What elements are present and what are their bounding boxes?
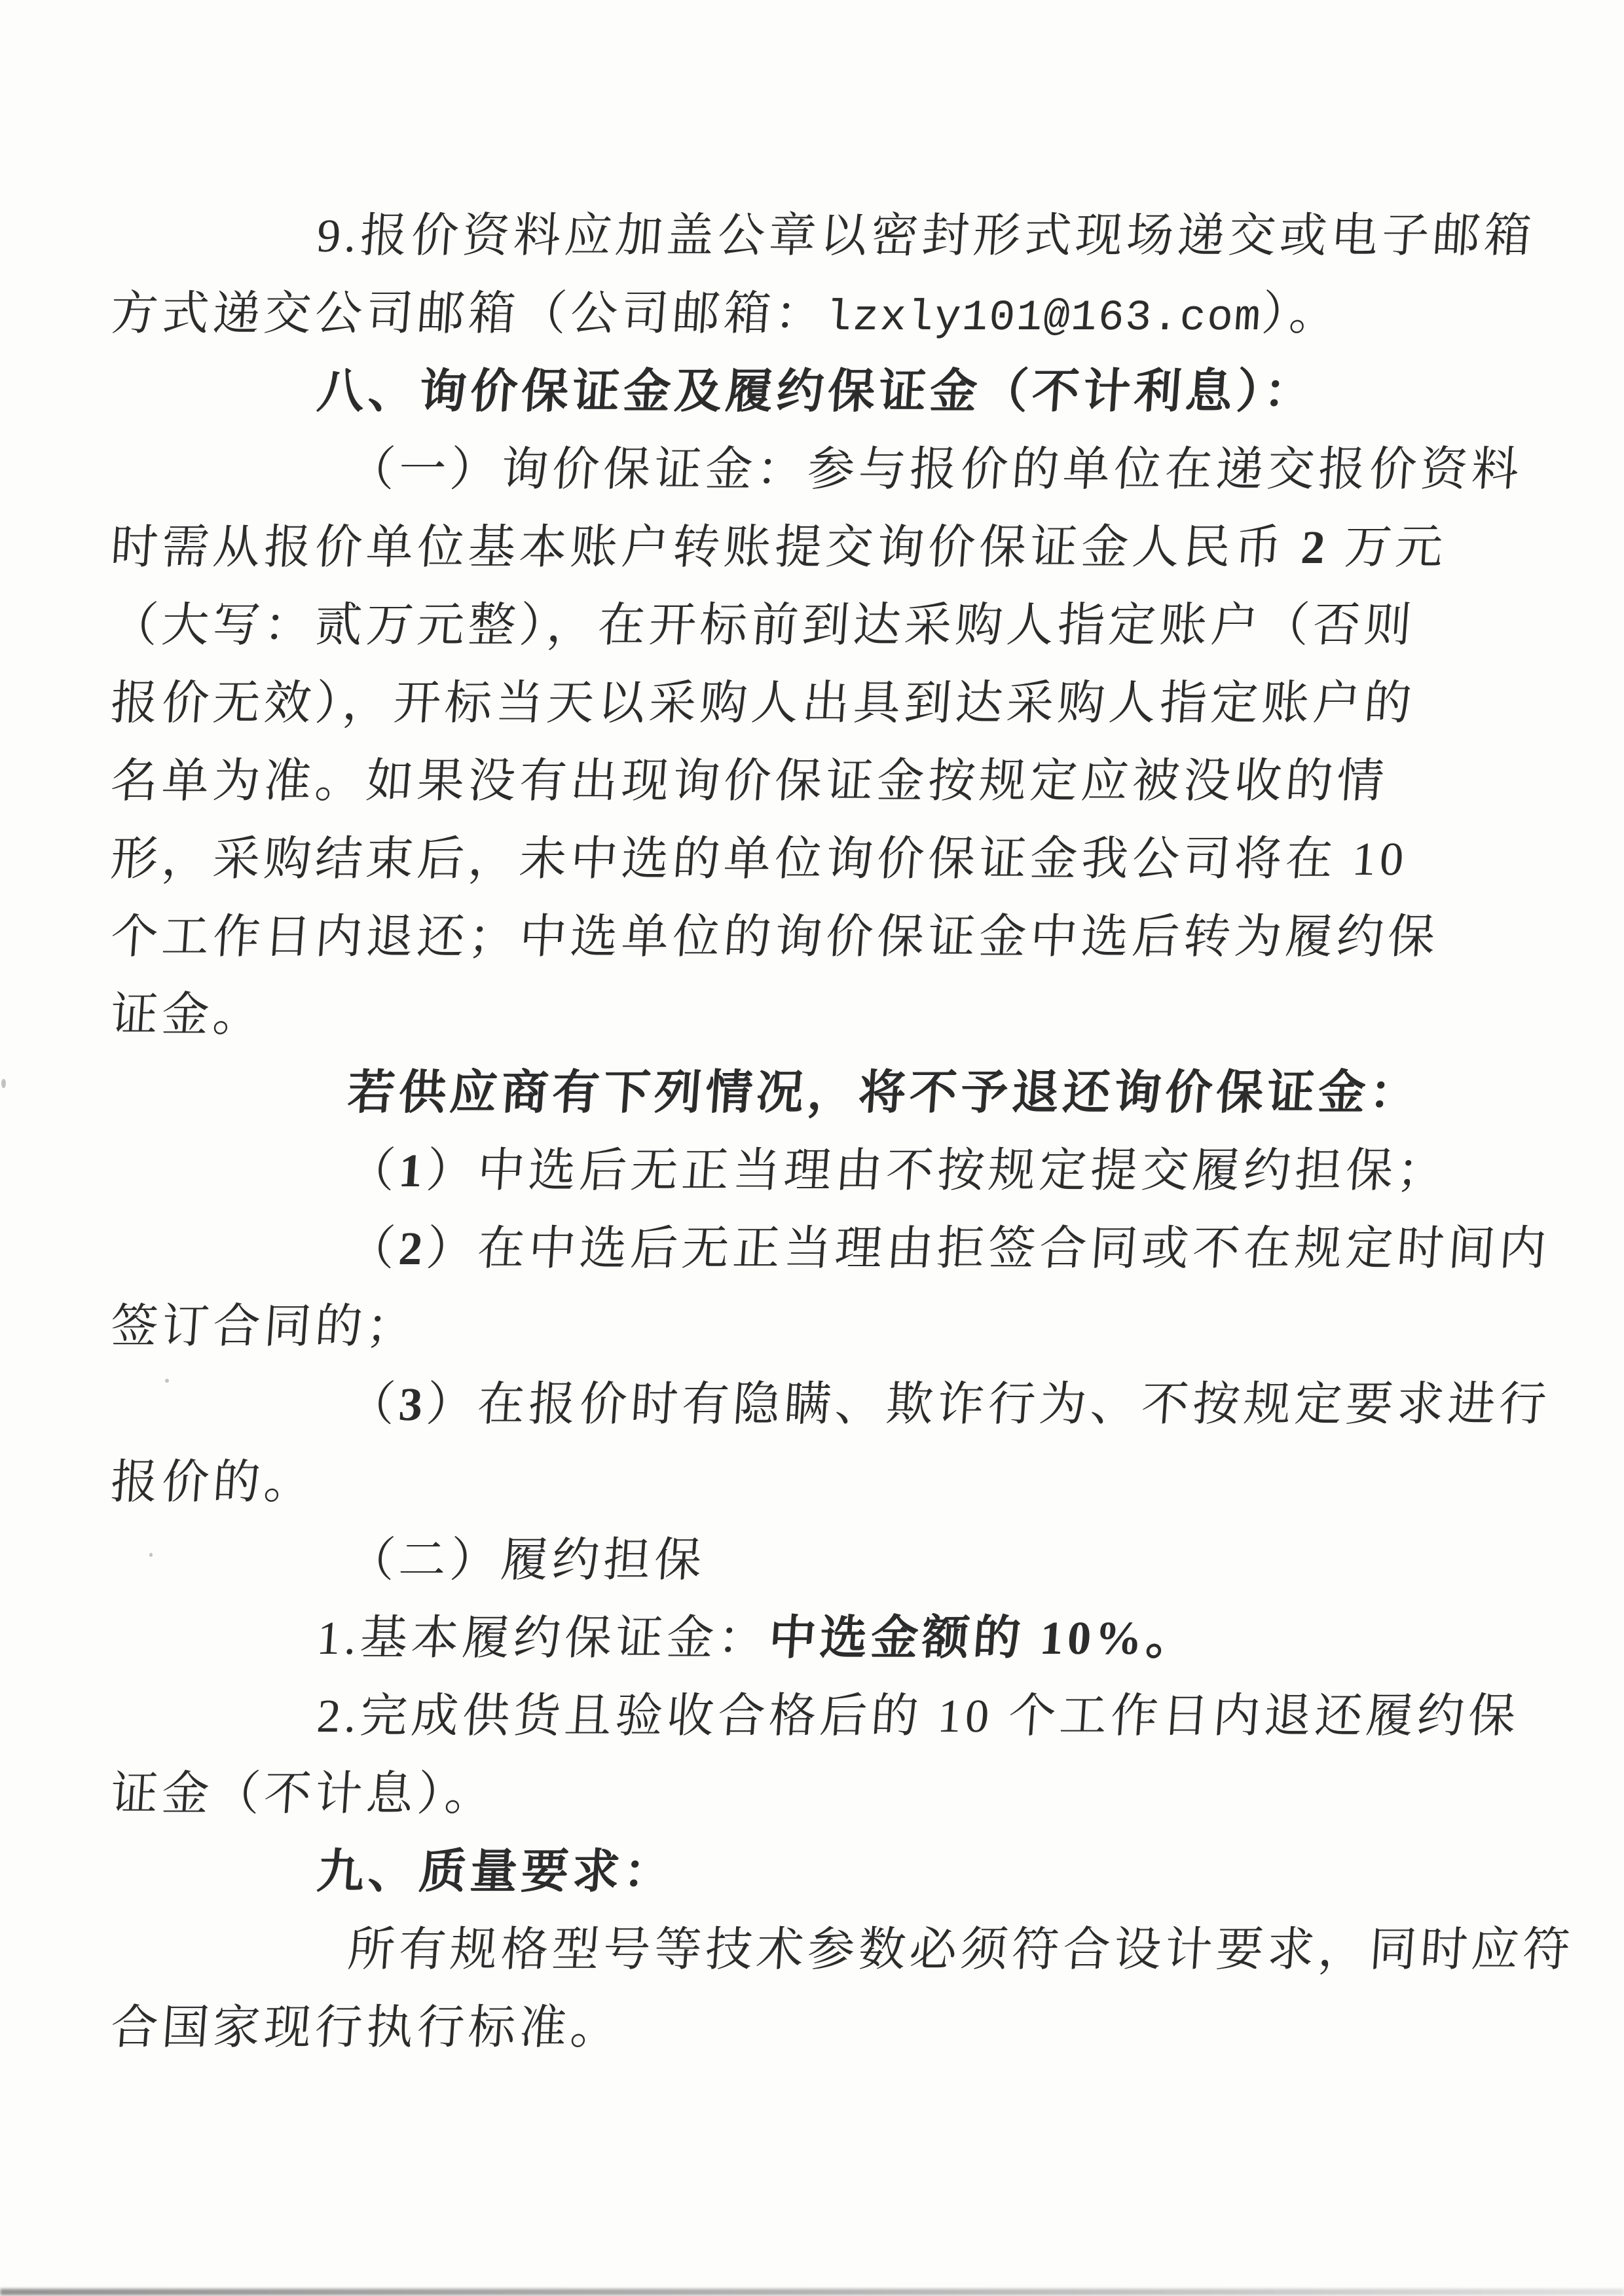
body-text: 方式递交公司邮箱（公司邮箱： — [109, 287, 828, 340]
text-line: 报价无效），开标当天以采购人出具到达采购人指定账户的 — [108, 665, 1593, 742]
text-line: 1.基本履约保证金：中选金额的 10%。 — [108, 1599, 1593, 1677]
email-text: lzxly101@163.com — [824, 293, 1263, 342]
body-text: （ — [346, 1222, 401, 1275]
scan-speck — [165, 1379, 169, 1383]
document-lines: 9.报价资料应加盖公章以密封形式现场递交或电子邮箱方式递交公司邮箱（公司邮箱：l… — [108, 197, 1588, 2067]
scan-speck — [149, 1553, 153, 1557]
body-text: 名单为准。如果没有出现询价保证金按规定应被没收的情 — [109, 755, 1390, 807]
text-line: 八、询价保证金及履约保证金（不计利息）： — [108, 353, 1593, 431]
scanned-document-page: 9.报价资料应加盖公章以密封形式现场递交或电子邮箱方式递交公司邮箱（公司邮箱：l… — [0, 0, 1624, 2296]
text-line: 时需从报价单位基本账户转账提交询价保证金人民币 2 万元 — [108, 509, 1593, 587]
bold-text: 中选金额的 10%。 — [767, 1612, 1199, 1664]
body-text: 时需从报价单位基本账户转账提交询价保证金人民币 — [109, 521, 1303, 574]
bold-text: 3 — [397, 1378, 428, 1430]
body-text: 报价的。 — [109, 1456, 317, 1508]
bold-text: 八、询价保证金及履约保证金（不计利息）： — [315, 365, 1317, 418]
body-text: 证金。 — [109, 989, 266, 1041]
body-text: 万元 — [1327, 521, 1449, 574]
scanner-edge-artifact — [0, 2289, 1624, 2295]
body-text: 报价无效），开标当天以采购人出具到达采购人指定账户的 — [109, 677, 1417, 729]
bold-text: 2 — [397, 1222, 428, 1275]
text-line: （3）在报价时有隐瞒、欺诈行为、不按规定要求进行 — [108, 1366, 1593, 1444]
body-text: ）中选后无正当理由不按规定提交履约担保； — [424, 1144, 1450, 1197]
text-line: 证金。 — [108, 976, 1593, 1054]
scan-speck — [1, 1079, 6, 1088]
body-text: （ — [346, 1378, 401, 1430]
text-line: 形，采购结束后，未中选的单位询价保证金我公司将在 10 — [108, 820, 1593, 898]
body-text: 证金（不计息）。 — [109, 1768, 498, 1820]
text-line: 签订合同的； — [108, 1288, 1593, 1366]
body-text: 1.基本履约保证金： — [315, 1612, 771, 1664]
text-line: 报价的。 — [108, 1444, 1593, 1522]
body-text: ）。 — [1260, 287, 1342, 340]
body-text: （大写：贰万元整），在开标前到达采购人指定账户（否则 — [109, 599, 1417, 651]
text-line: 方式递交公司邮箱（公司邮箱：lzxly101@163.com）。 — [108, 275, 1593, 353]
text-line: 合国家现行执行标准。 — [108, 1989, 1593, 2067]
text-line: 若供应商有下列情况，将不予退还询价保证金： — [108, 1054, 1593, 1132]
body-text: ）在报价时有隐瞒、欺诈行为、不按规定要求进行 — [424, 1378, 1552, 1430]
body-text: 9.报价资料应加盖公章以密封形式现场递交或电子邮箱 — [315, 210, 1537, 262]
text-line: 名单为准。如果没有出现询价保证金按规定应被没收的情 — [108, 742, 1593, 820]
text-line: 9.报价资料应加盖公章以密封形式现场递交或电子邮箱 — [108, 197, 1593, 275]
text-line: 2.完成供货且验收合格后的 10 个工作日内退还履约保 — [108, 1677, 1593, 1755]
text-line: （2）在中选后无正当理由拒签合同或不在规定时间内 — [108, 1210, 1593, 1288]
body-text: 签订合同的； — [109, 1300, 419, 1353]
bold-text: 若供应商有下列情况，将不予退还询价保证金： — [346, 1066, 1422, 1119]
bold-text: 2 — [1299, 521, 1331, 574]
text-line: 九、质量要求： — [108, 1833, 1593, 1911]
body-text: 个工作日内退还；中选单位的询价保证金中选后转为履约保 — [109, 911, 1441, 963]
body-text: 2.完成供货且验收合格后的 10 个工作日内退还履约保 — [315, 1690, 1521, 1742]
body-text: （一）询价保证金：参与报价的单位在递交报价资料 — [346, 443, 1524, 496]
body-text: 合国家现行执行标准。 — [109, 2001, 623, 2054]
text-line: （一）询价保证金：参与报价的单位在递交报价资料 — [108, 431, 1593, 509]
body-text: （二）履约担保 — [346, 1534, 707, 1586]
body-text: ）在中选后无正当理由拒签合同或不在规定时间内 — [424, 1222, 1552, 1275]
text-line: （大写：贰万元整），在开标前到达采购人指定账户（否则 — [108, 587, 1593, 665]
text-line: 个工作日内退还；中选单位的询价保证金中选后转为履约保 — [108, 898, 1593, 976]
text-line: （1）中选后无正当理由不按规定提交履约担保； — [108, 1132, 1593, 1210]
bold-text: 1 — [397, 1144, 428, 1197]
text-line: 所有规格型号等技术参数必须符合设计要求，同时应符 — [108, 1911, 1593, 1989]
text-line: 证金（不计息）。 — [108, 1755, 1593, 1833]
body-text: （ — [346, 1144, 401, 1197]
text-line: （二）履约担保 — [108, 1522, 1593, 1599]
body-text: 形，采购结束后，未中选的单位询价保证金我公司将在 10 — [109, 833, 1409, 885]
bold-text: 九、质量要求： — [315, 1846, 676, 1898]
body-text: 所有规格型号等技术参数必须符合设计要求，同时应符 — [346, 1923, 1576, 1976]
